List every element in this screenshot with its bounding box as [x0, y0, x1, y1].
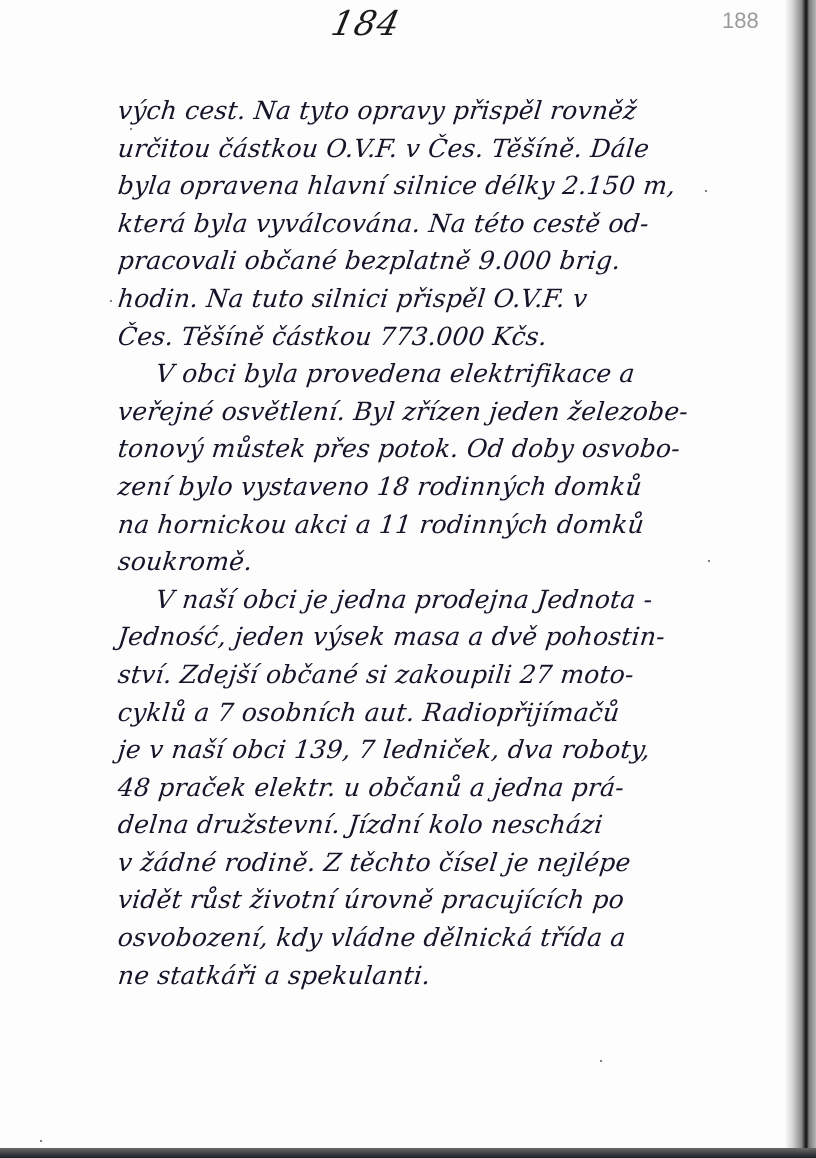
text-line: zení bylo vystaveno 18 rodinných domků — [116, 468, 710, 506]
text-line: byla opravena hlavní silnice délky 2.150… — [116, 167, 710, 205]
archive-stamp-number: 188 — [722, 8, 759, 34]
paragraph-start-line: V obci byla provedena elektrifikace a — [116, 355, 710, 393]
text-line: delna družstevní. Jízdní kolo nescházi — [116, 806, 710, 844]
scan-bottom-edge — [0, 1148, 816, 1158]
text-line: v žádné rodině. Z těchto čísel je nejlép… — [116, 844, 710, 882]
text-line: veřejné osvětlení. Byl zřízen jeden žele… — [116, 393, 710, 431]
text-line: ství. Zdejší občané si zakoupili 27 moto… — [116, 656, 710, 694]
text-line: vidět růst životní úrovně pracujících po — [116, 881, 710, 919]
text-line: osvobození, kdy vládne dělnická třída a — [116, 919, 710, 957]
text-line: tonový můstek přes potok. Od doby osvobo… — [116, 430, 710, 468]
text-line: Jedność, jeden výsek masa a dvě pohostin… — [116, 618, 710, 656]
text-line: pracovali občané bezplatně 9.000 brig. — [116, 242, 710, 280]
text-line: ne statkáři a spekulanti. — [116, 957, 710, 995]
book-binding-shadow — [784, 0, 816, 1158]
page-number: 184 — [328, 4, 404, 44]
text-line: na hornickou akci a 11 rodinných domků — [116, 506, 710, 544]
scanned-page: 184 188 vých cest. Na tyto opravy přispě… — [0, 0, 816, 1158]
text-line: je v naší obci 139, 7 ledniček, dva robo… — [116, 731, 710, 769]
paragraph-start-line: V naší obci je jedna prodejna Jednota - — [116, 581, 710, 619]
text-line: cyklů a 7 osobních aut. Radiopřijímačů — [116, 694, 710, 732]
text-line: hodin. Na tuto silnici přispěl O.V.F. v — [116, 280, 710, 318]
text-line: Čes. Těšíně částkou 773.000 Kčs. — [116, 318, 710, 356]
handwritten-text-block: vých cest. Na tyto opravy přispěl rovněž… — [118, 92, 708, 994]
text-line: vých cest. Na tyto opravy přispěl rovněž — [116, 92, 710, 130]
text-line: 48 praček elektr. u občanů a jedna prá- — [116, 769, 710, 807]
text-line: soukromě. — [116, 543, 710, 581]
text-line: určitou částkou O.V.F. v Čes. Těšíně. Dá… — [116, 130, 710, 168]
text-line: která byla vyválcována. Na této cestě od… — [116, 205, 710, 243]
